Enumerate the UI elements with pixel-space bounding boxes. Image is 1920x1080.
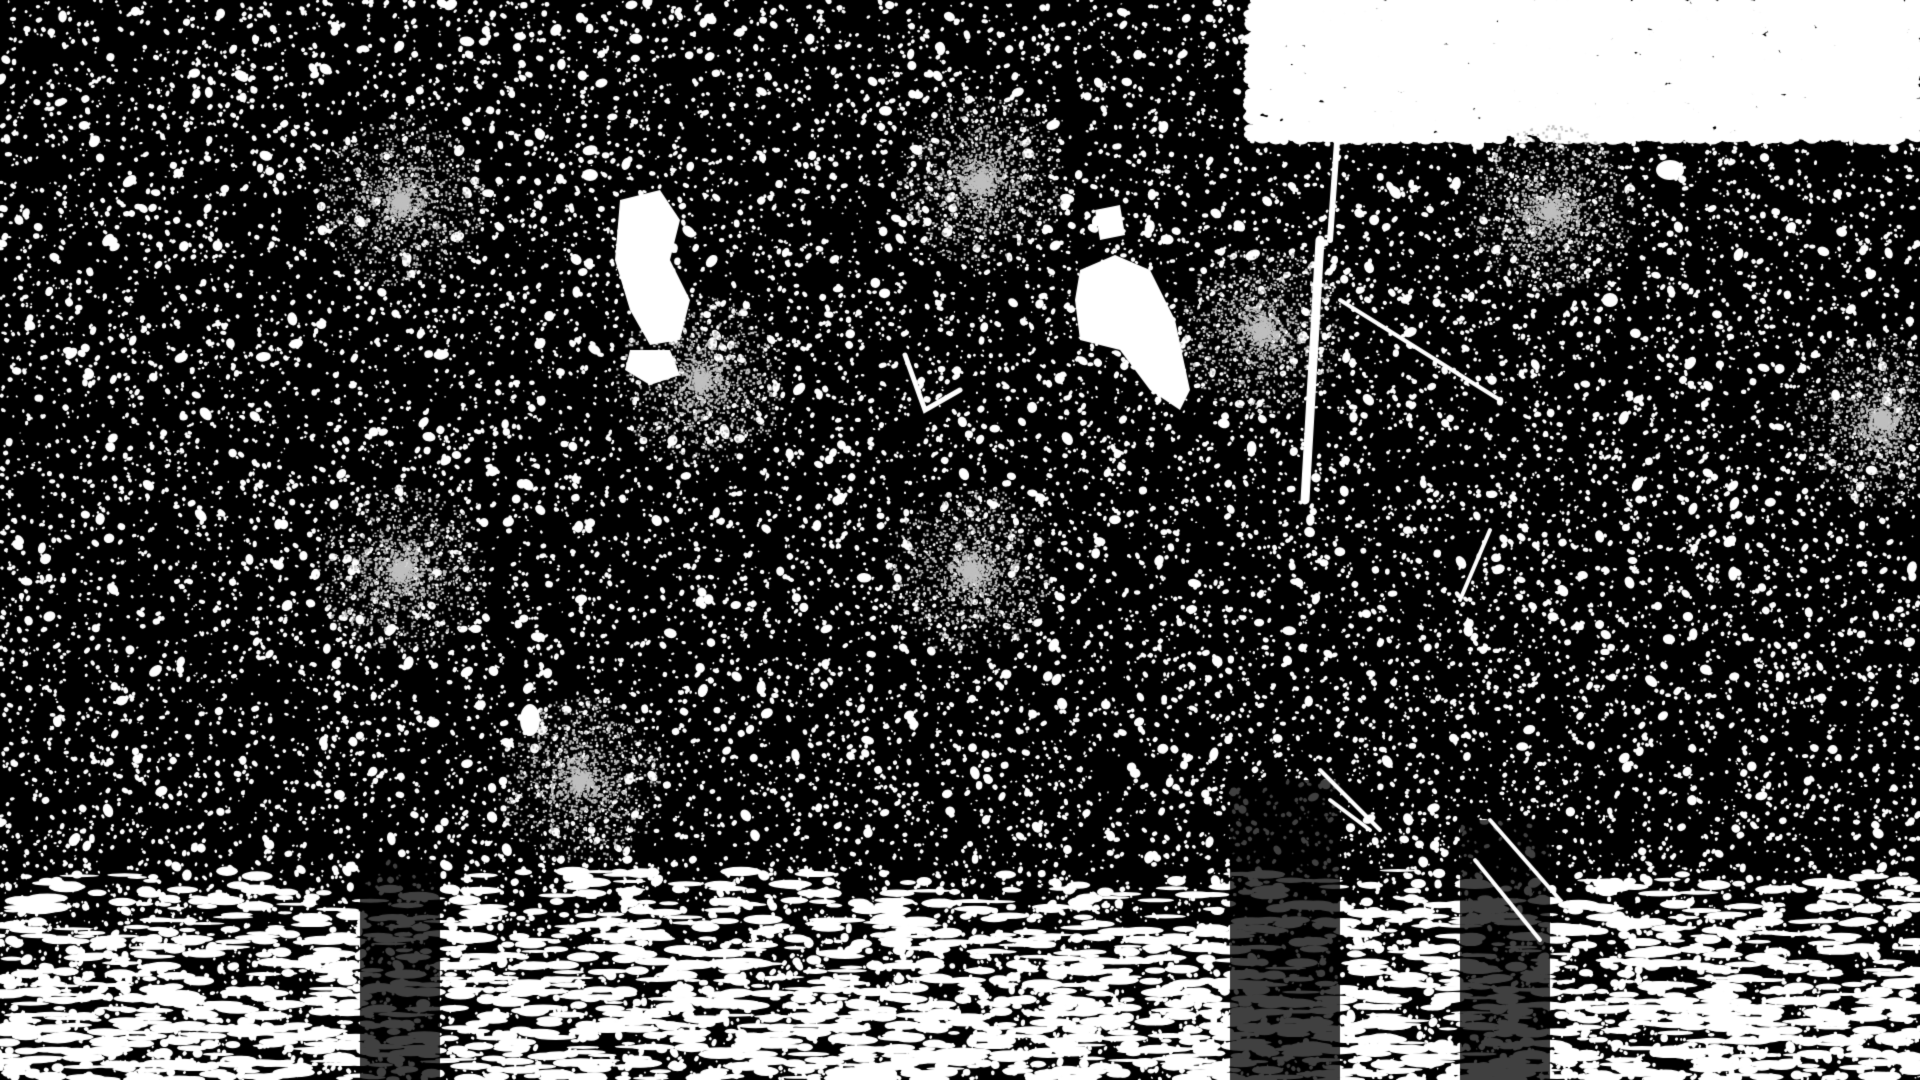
photo-canvas bbox=[0, 0, 1920, 1080]
photograph: Heavily thresholded black-and-white nigh… bbox=[0, 0, 1920, 1080]
